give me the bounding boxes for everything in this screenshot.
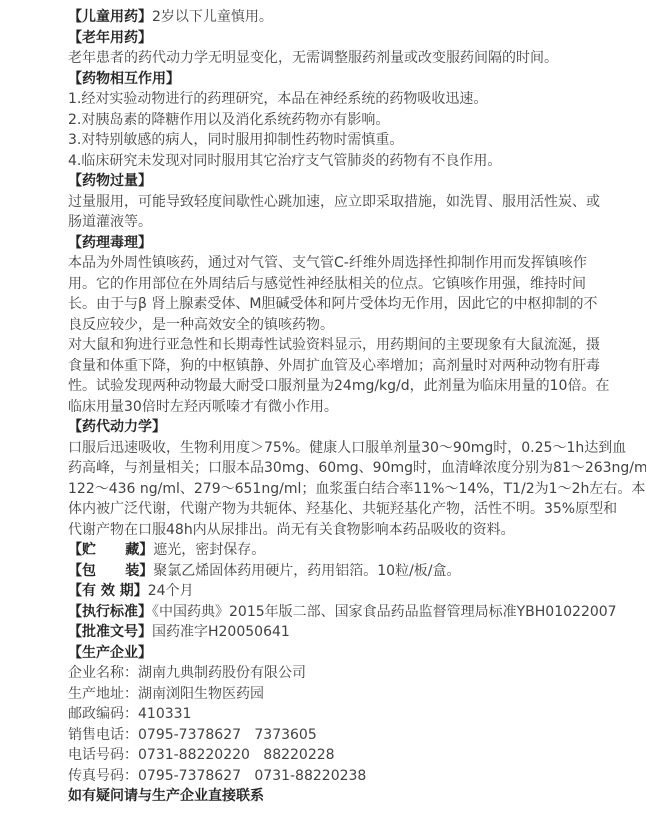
line-text: 如有疑问请与生产企业直接联系 <box>68 788 264 804</box>
doc-line: 企业名称：湖南九典制药股份有限公司 <box>68 663 598 684</box>
doc-line: 对大鼠和狗进行亚急性和长期毒性试验资料显示，用药期间的主要现象有大鼠流涎，摄 <box>68 335 598 356</box>
line-text: 3.对特别敏感的病人，同时服用抑制性药物时需慎重。 <box>68 132 403 148</box>
section-label: 【批准文号】 <box>68 624 152 640</box>
doc-line: 性。试验发现两种动物最大耐受口服剂量为24mg/kg/d，此剂量为临床用量的10… <box>68 376 598 397</box>
line-text: 邮政编码：410331 <box>68 706 191 722</box>
doc-line: 药高峰，与剂量相关；口服本品30mg、60mg、90mg时，血清峰浓度分别为81… <box>68 458 598 479</box>
line-text: 传真号码：0795-7378627 0731-88220238 <box>68 768 366 784</box>
line-text: 良反应较少，是一种高效安全的镇咳药物。 <box>68 317 334 333</box>
doc-line: 代谢产物在口服48h内从尿排出。尚无有关食物影响本药品吸收的资料。 <box>68 520 598 541</box>
section-label: 【老年用药】 <box>68 30 152 46</box>
section-label: 【药代动力学】 <box>68 419 166 435</box>
doc-line: 销售电话：0795-7378627 7373605 <box>68 725 598 746</box>
line-text: 对大鼠和狗进行亚急性和长期毒性试验资料显示，用药期间的主要现象有大鼠流涎，摄 <box>68 337 600 353</box>
line-text: 24个月 <box>148 583 194 599</box>
doc-line: 3.对特别敏感的病人，同时服用抑制性药物时需慎重。 <box>68 130 598 151</box>
line-text: 食量和体重下降，狗的中枢镇静、外周扩血管及心率增加；高剂量时对两种动物有肝毒 <box>68 358 600 374</box>
doc-line: 【儿童用药】2岁以下儿童慎用。 <box>68 7 598 28</box>
doc-line: 【贮 藏】遮光，密封保存。 <box>68 540 598 561</box>
doc-line: 肠道灌液等。 <box>68 212 598 233</box>
line-text: 遮光，密封保存。 <box>153 542 265 558</box>
doc-line: 长。由于与β 肾上腺素受体、M胆碱受体和阿片受体均无作用，因此它的中枢抑制的不 <box>68 294 598 315</box>
doc-line: 122～436 ng/ml、279～651ng/ml；血浆蛋白结合率11%～14… <box>68 479 598 500</box>
line-text: 企业名称：湖南九典制药股份有限公司 <box>68 665 306 681</box>
doc-line: 1.经对实验动物进行的药理研究，本品在神经系统的药物吸收迅速。 <box>68 89 598 110</box>
line-text: 本品为外周性镇咳药，通过对气管、支气管C-纤维外周选择性抑制作用而发挥镇咳作 <box>68 255 587 271</box>
doc-line: 口服后迅速吸收，生物利用度＞75%。健康人口服单剂量30～90mg时，0.25～… <box>68 438 598 459</box>
line-text: 过量服用，可能导致轻度间歇性心跳加速，应立即采取措施，如洗胃、服用活性炭、或 <box>68 194 600 210</box>
line-text: 国药准字H20050641 <box>152 624 290 640</box>
section-label: 【儿童用药】 <box>68 9 152 25</box>
line-text: 2岁以下儿童慎用。 <box>152 9 273 25</box>
doc-line: 临床用量30倍时左羟丙哌嗪才有微小作用。 <box>68 397 598 418</box>
doc-line: 【生产企业】 <box>68 643 598 664</box>
doc-line: 本品为外周性镇咳药，通过对气管、支气管C-纤维外周选择性抑制作用而发挥镇咳作 <box>68 253 598 274</box>
doc-line: 2.对胰岛素的降糖作用以及消化系统药物亦有影响。 <box>68 110 598 131</box>
doc-line: 用。它的作用部位在外周结后与感觉性神经肽相关的位点。它镇咳作用强，维持时间 <box>68 274 598 295</box>
line-text: 电话号码：0731-88220220 88220228 <box>68 747 335 763</box>
line-text: 1.经对实验动物进行的药理研究，本品在神经系统的药物吸收迅速。 <box>68 91 487 107</box>
line-text: 肠道灌液等。 <box>68 214 152 230</box>
line-text: 临床用量30倍时左羟丙哌嗪才有微小作用。 <box>68 399 338 415</box>
section-label: 【执行标准】 <box>68 604 152 620</box>
doc-line: 【有 效 期】24个月 <box>68 581 598 602</box>
section-label: 【有 效 期】 <box>68 583 148 599</box>
line-text: 《中国药典》2015年版二部、国家食品药品监督管理局标准YBH01022007 <box>152 604 617 620</box>
line-text: 体内被广泛代谢，代谢产物为共轭体、羟基化、共轭羟基化产物，活性不明。35%原型和 <box>68 501 617 517</box>
doc-line: 【药物相互作用】 <box>68 69 598 90</box>
doc-line: 【药理毒理】 <box>68 233 598 254</box>
section-label: 【贮 藏】 <box>68 542 153 558</box>
line-text: 长。由于与β 肾上腺素受体、M胆碱受体和阿片受体均无作用，因此它的中枢抑制的不 <box>68 296 597 312</box>
doc-line: 过量服用，可能导致轻度间歇性心跳加速，应立即采取措施，如洗胃、服用活性炭、或 <box>68 192 598 213</box>
section-label: 【药物过量】 <box>68 173 152 189</box>
line-text: 口服后迅速吸收，生物利用度＞75%。健康人口服单剂量30～90mg时，0.25～… <box>68 440 626 456</box>
doc-line: 4.临床研究未发现对同时服用其它治疗支气管肺炎的药物有不良作用。 <box>68 151 598 172</box>
doc-line: 传真号码：0795-7378627 0731-88220238 <box>68 766 598 787</box>
line-text: 销售电话：0795-7378627 7373605 <box>68 727 317 743</box>
section-label: 【药理毒理】 <box>68 235 152 251</box>
doc-line: 良反应较少，是一种高效安全的镇咳药物。 <box>68 315 598 336</box>
doc-line: 【执行标准】《中国药典》2015年版二部、国家食品药品监督管理局标准YBH010… <box>68 602 598 623</box>
doc-line-contact-note: 如有疑问请与生产企业直接联系 <box>68 786 598 807</box>
line-text: 代谢产物在口服48h内从尿排出。尚无有关食物影响本药品吸收的资料。 <box>68 522 515 538</box>
line-text: 聚氯乙烯固体药用硬片，药用铝箔。10粒/板/盒。 <box>153 563 460 579</box>
section-label: 【生产企业】 <box>68 645 152 661</box>
doc-line: 【老年用药】 <box>68 28 598 49</box>
document-page: 【儿童用药】2岁以下儿童慎用。 【老年用药】 老年患者的药代动力学无明显变化，无… <box>0 0 646 822</box>
doc-line: 【药物过量】 <box>68 171 598 192</box>
line-text: 药高峰，与剂量相关；口服本品30mg、60mg、90mg时，血清峰浓度分别为81… <box>68 460 646 476</box>
doc-line: 食量和体重下降，狗的中枢镇静、外周扩血管及心率增加；高剂量时对两种动物有肝毒 <box>68 356 598 377</box>
doc-line: 老年患者的药代动力学无明显变化，无需调整服药剂量或改变服药间隔的时间。 <box>68 48 598 69</box>
doc-line: 邮政编码：410331 <box>68 704 598 725</box>
line-text: 4.临床研究未发现对同时服用其它治疗支气管肺炎的药物有不良作用。 <box>68 153 501 169</box>
line-text: 用。它的作用部位在外周结后与感觉性神经肽相关的位点。它镇咳作用强，维持时间 <box>68 276 586 292</box>
doc-line: 生产地址：湖南浏阳生物医药园 <box>68 684 598 705</box>
line-text: 老年患者的药代动力学无明显变化，无需调整服药剂量或改变服药间隔的时间。 <box>68 50 558 66</box>
line-text: 生产地址：湖南浏阳生物医药园 <box>68 686 264 702</box>
doc-line: 体内被广泛代谢，代谢产物为共轭体、羟基化、共轭羟基化产物，活性不明。35%原型和 <box>68 499 598 520</box>
doc-line: 【药代动力学】 <box>68 417 598 438</box>
line-text: 性。试验发现两种动物最大耐受口服剂量为24mg/kg/d，此剂量为临床用量的10… <box>68 378 609 394</box>
doc-line: 【批准文号】国药准字H20050641 <box>68 622 598 643</box>
doc-line: 电话号码：0731-88220220 88220228 <box>68 745 598 766</box>
line-text: 122～436 ng/ml、279～651ng/ml；血浆蛋白结合率11%～14… <box>68 481 646 497</box>
doc-line: 【包 装】聚氯乙烯固体药用硬片，药用铝箔。10粒/板/盒。 <box>68 561 598 582</box>
line-text: 2.对胰岛素的降糖作用以及消化系统药物亦有影响。 <box>68 112 389 128</box>
section-label: 【药物相互作用】 <box>68 71 180 87</box>
section-label: 【包 装】 <box>68 563 153 579</box>
